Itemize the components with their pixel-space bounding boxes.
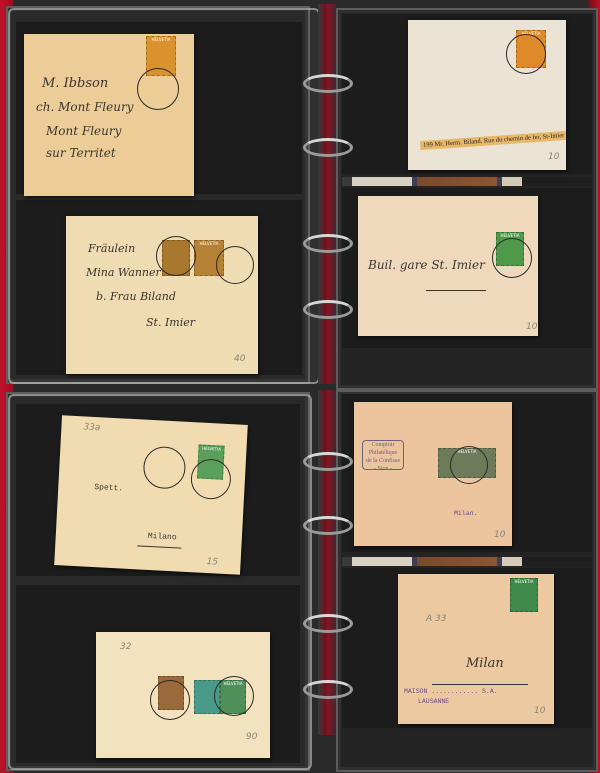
- postal-wrapper-top-right: HELVETIA 199 Mr. Herm. Biland, Rue du ch…: [408, 20, 566, 170]
- address-line: b. Frau Biland: [96, 290, 176, 303]
- price-note: 10: [494, 530, 505, 540]
- address-line: Buil. gare St. Imier: [368, 258, 485, 272]
- reference-note: 33a: [83, 422, 100, 433]
- postmark-circle: [150, 680, 190, 720]
- postmark-circle: [216, 246, 254, 284]
- address-label: 199 Mr. Herm. Biland, Rue du chemin de f…: [420, 131, 566, 150]
- postal-wrapper-bottom-left: 32 HELVETIA 90: [96, 632, 270, 758]
- binder-ring: [303, 516, 353, 535]
- postal-wrapper-middle-right: HELVETIA Buil. gare St. Imier 10: [358, 196, 538, 336]
- binder-ring: [303, 452, 353, 471]
- address-line: Spett.: [94, 483, 123, 493]
- sender-cachet: LAUSANNE: [418, 698, 449, 705]
- postmark-circle: [190, 458, 232, 500]
- box-cancel-stamp: Comptoir Philatélique de la Confisse - S…: [362, 440, 404, 470]
- price-note: 90: [246, 732, 257, 742]
- postmark-circle: [156, 236, 196, 276]
- reference-note: 32: [120, 642, 131, 652]
- postmark-circle: [214, 676, 254, 716]
- postal-wrapper-middle-left: HELVETIA Fräulein Mina Wanner b. Frau Bi…: [66, 216, 258, 374]
- pocket-strip-bottom: [342, 557, 592, 566]
- typed-city: Milan.: [454, 510, 477, 517]
- binder-ring: [303, 138, 353, 157]
- binder-ring: [303, 614, 353, 633]
- postmark-circle: [492, 238, 532, 278]
- price-note: 10: [548, 152, 559, 162]
- postmark-circle: [137, 68, 179, 110]
- postmark-circle: [506, 34, 546, 74]
- address-line: Mont Fleury: [46, 124, 121, 138]
- binder-ring: [303, 680, 353, 699]
- postal-wrapper-lower-left: HELVETIA 33a Spett. Milano 15: [54, 415, 248, 575]
- price-note: 40: [234, 354, 245, 364]
- address-line: M. Ibbson: [42, 76, 108, 91]
- price-note: 10: [534, 706, 545, 716]
- binder-spine-top: [318, 4, 336, 384]
- binder-ring: [303, 74, 353, 93]
- reference-note: A 33: [426, 614, 446, 624]
- postmark-circle: [450, 446, 488, 484]
- postal-wrapper-lower-right: Comptoir Philatélique de la Confisse - S…: [354, 402, 512, 546]
- address-line: ch. Mont Fleury: [36, 100, 133, 114]
- address-line: Milan: [466, 656, 504, 671]
- sender-cachet: MAISON ............ S.A.: [404, 688, 498, 695]
- binder-ring: [303, 300, 353, 319]
- address-underline: [432, 684, 528, 685]
- imprinted-stamp: HELVETIA: [510, 578, 538, 612]
- stamp-album-photo: HELVETIA M. Ibbson ch. Mont Fleury Mont …: [0, 0, 600, 773]
- address-line: Mina Wanner: [86, 266, 161, 279]
- price-note: 15: [206, 557, 218, 568]
- postal-wrapper-top-left: HELVETIA M. Ibbson ch. Mont Fleury Mont …: [24, 34, 194, 196]
- postal-wrapper-bottom-right: HELVETIA A 33 Milan MAISON ............ …: [398, 574, 554, 724]
- address-underline: [426, 290, 486, 291]
- postmark-circle: [142, 446, 186, 490]
- address-line: St. Imier: [146, 316, 195, 329]
- address-line: Fräulein: [88, 242, 135, 255]
- binder-ring: [303, 234, 353, 253]
- address-line: Milano: [148, 532, 177, 542]
- address-line: sur Territet: [46, 146, 116, 160]
- address-underline: [137, 545, 181, 548]
- price-note: 10: [526, 322, 537, 332]
- pocket-strip-top: [342, 177, 592, 186]
